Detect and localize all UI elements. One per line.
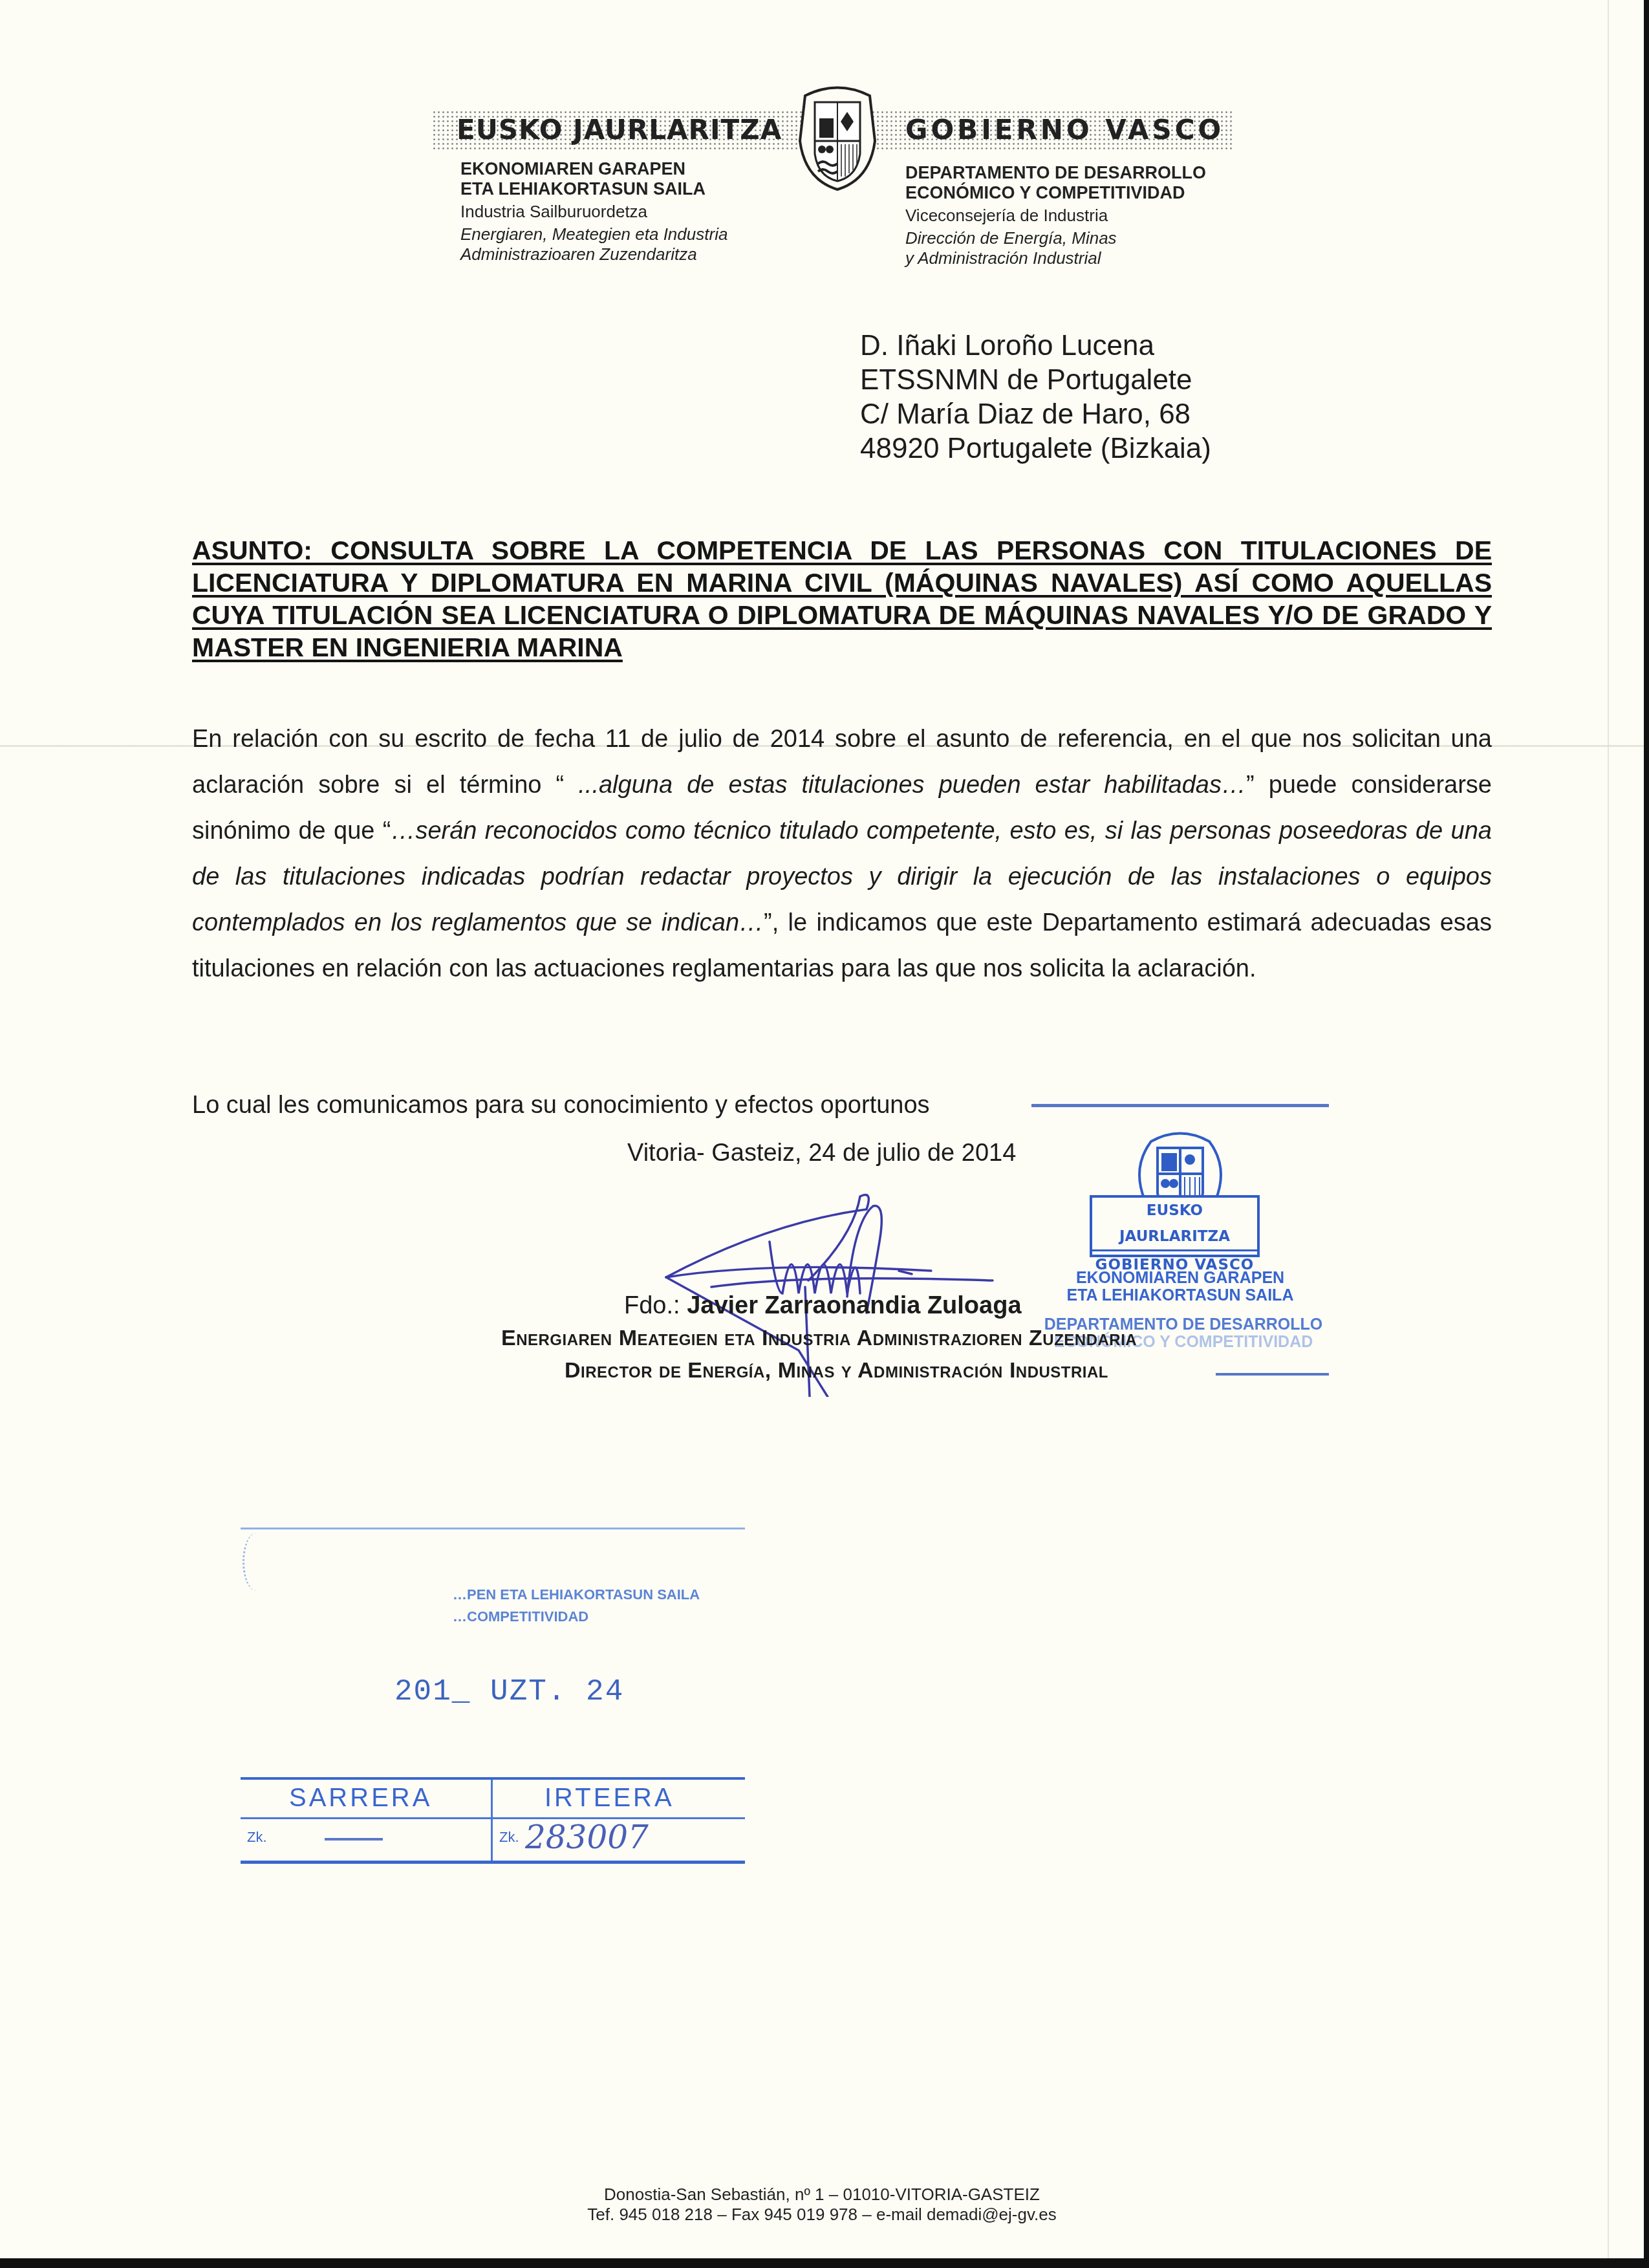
letter-body: En relación con su escrito de fecha 11 d… — [192, 717, 1492, 992]
dept-line: Administrazioaren Zuzendaritza — [460, 244, 727, 265]
signatory-title-basque: Energiaren Meategien eta Industria Admin… — [501, 1326, 1137, 1351]
place-date: Vitoria- Gasteiz, 24 de julio de 2014 — [627, 1139, 1016, 1167]
dept-line: Energiaren, Meategien eta Industria — [460, 224, 727, 244]
registry-date-stamp: 201_ UZT. 24 — [394, 1675, 624, 1709]
stamp-line-text: ETA LEHIAKORTASUN SAILA — [1051, 1287, 1309, 1304]
recipient-city: 48920 Portugalete (Bizkaia) — [860, 431, 1211, 466]
letterhead-basque-department: EKONOMIAREN GARAPEN ETA LEHIAKORTASUN SA… — [460, 159, 727, 265]
stamp-bottom-rule — [1216, 1373, 1329, 1376]
letterhead-spanish-title: GOBIERNO VASCO — [905, 110, 1224, 150]
stamp-box-line: EUSKO JAURLARITZA — [1092, 1198, 1257, 1251]
dept-line: DEPARTAMENTO DE DESARROLLO — [905, 163, 1206, 183]
recipient-institution: ETSSNMN de Portugalete — [860, 363, 1211, 397]
closing-line: Lo cual les comunicamos para su conocimi… — [192, 1092, 930, 1119]
official-stamp-basque-dept: EKONOMIAREN GARAPEN ETA LEHIAKORTASUN SA… — [1051, 1269, 1309, 1304]
registry-entry-number-dash — [325, 1838, 383, 1841]
stamp-top-rule — [1031, 1104, 1329, 1107]
scan-page-edge — [1608, 0, 1609, 2258]
letter-page: EUSKO JAURLARITZA GOBIERNO VASCO EKONOMI… — [0, 0, 1644, 2258]
dept-line: Viceconsejería de Industria — [905, 206, 1206, 226]
stamp-line-text: EKONOMIAREN GARAPEN — [1051, 1269, 1309, 1287]
signatory-title-spanish: Director de Energía, Minas y Administrac… — [565, 1358, 1108, 1383]
registry-exit-label: IRTEERA — [544, 1784, 674, 1813]
basque-coat-of-arms-icon — [792, 83, 883, 193]
dept-line: Industria Sailburuordetza — [460, 202, 727, 222]
dept-line: ETA LEHIAKORTASUN SAILA — [460, 179, 727, 199]
recipient-name: D. Iñaki Loroño Lucena — [860, 329, 1211, 363]
registry-entry-label: SARRERA — [289, 1784, 432, 1813]
subject-line: ASUNTO: CONSULTA SOBRE LA COMPETENCIA DE… — [192, 534, 1492, 664]
dept-line: EKONOMIAREN GARAPEN — [460, 159, 727, 179]
registry-divider — [491, 1780, 493, 1861]
letter-footer: Donostia-San Sebastián, nº 1 – 01010-VIT… — [0, 2185, 1644, 2225]
signatory: Fdo.: Javier Zarraonandia Zuloaga — [624, 1292, 1022, 1320]
dept-line: Dirección de Energía, Minas — [905, 228, 1206, 248]
registry-number-prefix: Zk. — [247, 1829, 267, 1846]
registry-number-prefix: Zk. — [499, 1829, 519, 1846]
registry-faded-line: …COMPETITIVIDAD — [453, 1608, 588, 1625]
registry-faded-line: …PEN ETA LEHIAKORTASUN SAILA — [453, 1586, 700, 1603]
faded-seal-icon — [242, 1533, 270, 1591]
signatory-prefix: Fdo.: — [624, 1292, 687, 1319]
registry-exit-number: 283007 — [525, 1819, 649, 1856]
official-stamp-box: EUSKO JAURLARITZA GOBIERNO VASCO — [1090, 1195, 1260, 1257]
registry-top-rule — [241, 1528, 745, 1529]
dept-line: ECONÓMICO Y COMPETITIVIDAD — [905, 183, 1206, 203]
footer-address: Donostia-San Sebastián, nº 1 – 01010-VIT… — [0, 2185, 1644, 2205]
signatory-name: Javier Zarraonandia Zuloaga — [687, 1292, 1021, 1319]
letterhead-basque-title: EUSKO JAURLARITZA — [457, 110, 782, 150]
dept-line: y Administración Industrial — [905, 248, 1206, 268]
recipient-street: C/ María Diaz de Haro, 68 — [860, 397, 1211, 431]
recipient-address: D. Iñaki Loroño Lucena ETSSNMN de Portug… — [860, 329, 1211, 466]
body-quote: ...alguna de estas titulaciones pueden e… — [578, 772, 1246, 799]
footer-contact: Tef. 945 018 218 – Fax 945 019 978 – e-m… — [0, 2205, 1644, 2225]
registry-entry-exit-table: SARRERA IRTEERA Zk. Zk. 283007 — [241, 1777, 745, 1864]
registry-divider — [241, 1817, 745, 1819]
letterhead-spanish-department: DEPARTAMENTO DE DESARROLLO ECONÓMICO Y C… — [905, 163, 1206, 268]
